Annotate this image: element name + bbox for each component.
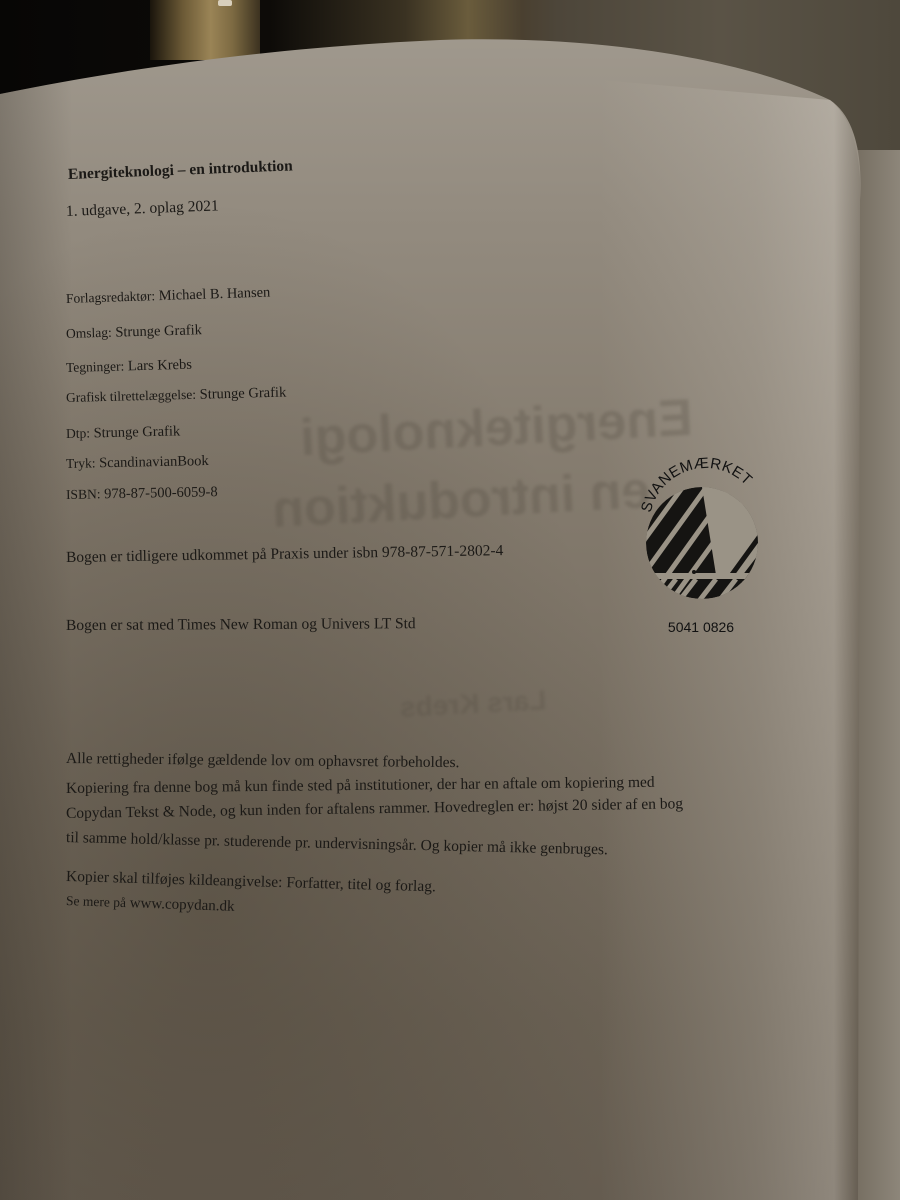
copying-rules-line: Copydan Tekst & Node, og kun inden for a…: [66, 795, 683, 823]
credit-drawings: Tegninger: Lars Krebs: [66, 357, 192, 377]
copying-rules-line: Kopiering fra denne bog må kun finde ste…: [66, 774, 655, 798]
credit-value: 978-87-500-6059-8: [104, 484, 218, 502]
rights-statement: Alle rettigheder ifølge gældende lov om …: [66, 750, 460, 772]
credit-label: Omslag:: [66, 325, 112, 341]
credit-value: Strunge Grafik: [115, 322, 202, 340]
credit-label: Grafisk tilrettelæggelse:: [66, 387, 196, 405]
nordic-swan-ecolabel-icon: SVANEMÆRKET: [636, 455, 776, 620]
ecolabel-license-number: 5041 0826: [636, 619, 766, 635]
credit-editor: Forlagsredaktør: Michael B. Hansen: [66, 285, 271, 308]
more-info-prefix: Se mere på: [66, 893, 126, 910]
credit-label: Forlagsredaktør:: [66, 288, 156, 306]
credit-isbn: ISBN: 978-87-500-6059-8: [66, 484, 218, 504]
credit-label: Dtp:: [66, 425, 90, 441]
credit-label: ISBN:: [66, 486, 101, 502]
source-attribution-note: Kopier skal tilføjes kildeangivelse: For…: [66, 868, 436, 896]
credit-value: ScandinavianBook: [99, 453, 209, 471]
credit-print: Tryk: ScandinavianBook: [66, 453, 209, 473]
credit-value: Strunge Grafik: [93, 423, 180, 441]
typeface-note: Bogen er sat med Times New Roman og Univ…: [66, 615, 416, 635]
credit-dtp: Dtp: Strunge Grafik: [66, 423, 181, 443]
credit-label: Tegninger:: [66, 358, 125, 375]
credit-value: Strunge Grafik: [199, 385, 286, 403]
more-info-line: Se mere på www.copydan.dk: [66, 893, 235, 916]
credit-layout: Grafisk tilrettelæggelse: Strunge Grafik: [66, 385, 287, 407]
copying-rules-line: til samme hold/klasse pr. studerende pr.…: [66, 829, 608, 859]
nordic-swan-ecolabel: SVANEMÆRKET: [636, 455, 776, 640]
credit-cover: Omslag: Strunge Grafik: [66, 322, 202, 343]
credit-label: Tryk:: [66, 455, 96, 471]
previous-edition-note: Bogen er tidligere udkommet på Praxis un…: [66, 542, 504, 567]
book-title: Energiteknologi – en introduktion: [68, 157, 293, 184]
credit-value: Michael B. Hansen: [159, 285, 271, 304]
credit-value: Lars Krebs: [128, 357, 192, 375]
copydan-link: www.copydan.dk: [129, 895, 234, 915]
edition-info: 1. udgave, 2. oplag 2021: [66, 197, 219, 221]
